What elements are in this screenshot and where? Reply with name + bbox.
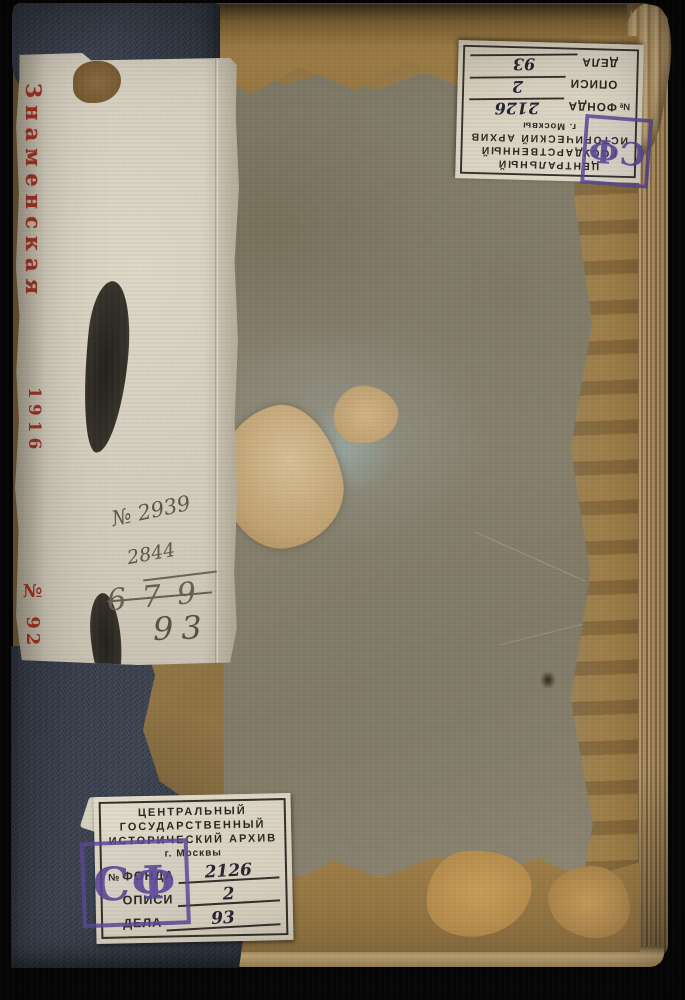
sf-ink-stamp: СФ bbox=[80, 838, 191, 928]
field-row-fonda: № ФОНДА 2126 bbox=[469, 96, 630, 117]
label-tear-hole bbox=[76, 279, 136, 454]
field-label-dela: ДЕЛА bbox=[581, 56, 618, 70]
field-label-opisi: ОПИСИ bbox=[570, 77, 618, 91]
field-label-fonda: ФОНДА bbox=[567, 99, 617, 113]
label-crease bbox=[215, 53, 218, 665]
spine-title-text: Знаменская bbox=[21, 83, 46, 301]
field-value-opisi: 2 bbox=[177, 884, 280, 908]
spine-number-text: № 92 bbox=[22, 581, 43, 649]
field-row-dela: ДЕЛА 93 bbox=[470, 53, 631, 74]
archive-label-top-upside-down: ЦЕНТРАЛЬНЫЙ ГОСУДАРСТВЕННЫЙ ИСТОРИЧЕСКИЙ… bbox=[455, 40, 644, 183]
pencil-note-alt-number: 2844 bbox=[125, 539, 176, 569]
field-value-dela: 93 bbox=[470, 54, 577, 72]
archive-label-bottom: ЦЕНТРАЛЬНЫЙ ГОСУДАРСТВЕННЫЙ ИСТОРИЧЕСКИЙ… bbox=[93, 793, 293, 944]
archival-book-photo: Знаменская 1916 № 92 № 2939 2844 679 93 … bbox=[0, 0, 685, 1000]
field-row-opisi: ОПИСИ 2 bbox=[470, 75, 631, 96]
sf-ink-stamp: СФ bbox=[580, 114, 653, 189]
field-value-opisi: 2 bbox=[470, 75, 566, 93]
pencil-note-case-number: № 2939 bbox=[109, 491, 192, 531]
spine-year-text: 1916 bbox=[24, 387, 44, 454]
field-value-fonda: 2126 bbox=[469, 97, 564, 115]
label-tear-hole bbox=[73, 61, 121, 103]
dark-hole-spot bbox=[540, 671, 556, 689]
field-value-fonda: 2126 bbox=[178, 861, 279, 885]
spine-paper-label: Знаменская 1916 № 92 № 2939 2844 679 93 bbox=[15, 53, 239, 665]
number-sign: № bbox=[621, 100, 631, 111]
pencil-note-current-number: 93 bbox=[152, 608, 210, 648]
